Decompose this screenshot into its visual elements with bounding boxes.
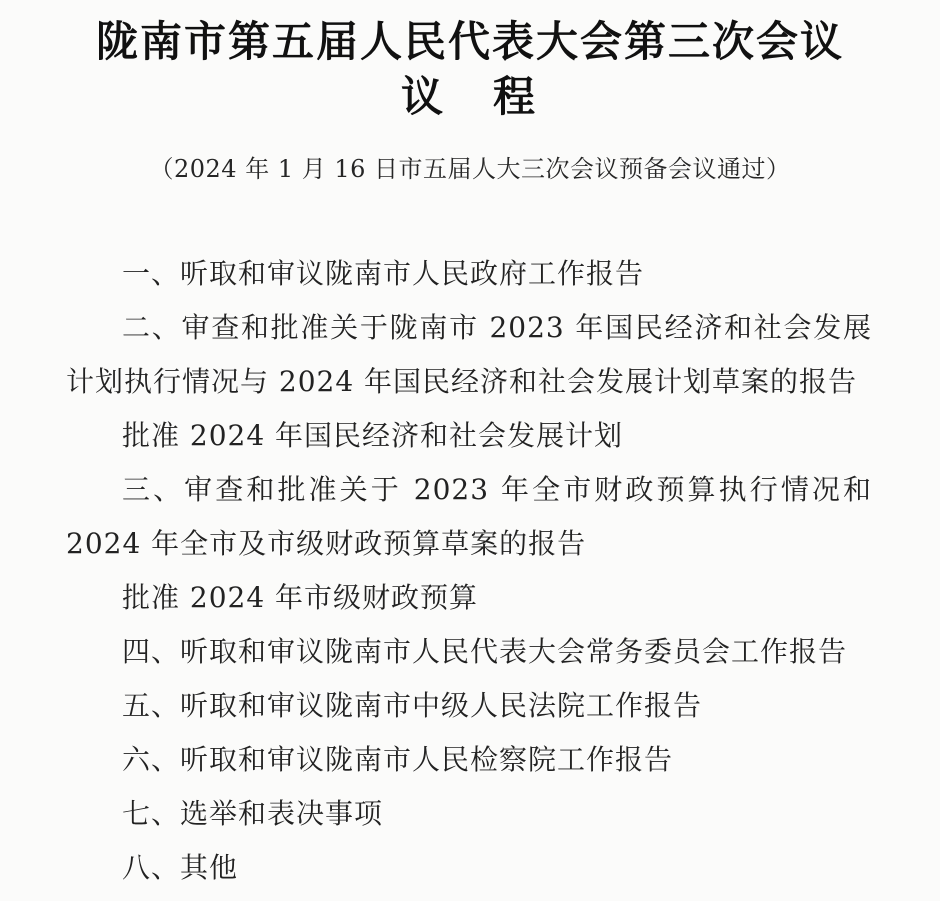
agenda-item-2-resolution: 批准 2024 年国民经济和社会发展计划 xyxy=(66,409,872,463)
agenda-list: 一、听取和审议陇南市人民政府工作报告 二、审查和批准关于陇南市 2023 年国民… xyxy=(66,247,872,895)
agenda-item-6: 六、听取和审议陇南市人民检察院工作报告 xyxy=(66,733,872,787)
document-subtitle: 议 程 xyxy=(0,69,940,124)
agenda-item-5: 五、听取和审议陇南市中级人民法院工作报告 xyxy=(66,679,872,733)
agenda-item-2: 二、审查和批准关于陇南市 2023 年国民经济和社会发展计划执行情况与 2024… xyxy=(66,301,872,409)
agenda-item-8: 八、其他 xyxy=(66,841,872,895)
document-title: 陇南市第五届人民代表大会第三次会议 xyxy=(0,14,940,69)
agenda-item-1: 一、听取和审议陇南市人民政府工作报告 xyxy=(66,247,872,301)
approval-note: （2024 年 1 月 16 日市五届人大三次会议预备会议通过） xyxy=(0,152,940,186)
agenda-item-4: 四、听取和审议陇南市人民代表大会常务委员会工作报告 xyxy=(66,625,872,679)
agenda-item-3-resolution: 批准 2024 年市级财政预算 xyxy=(66,571,872,625)
document-page: 陇南市第五届人民代表大会第三次会议 议 程 （2024 年 1 月 16 日市五… xyxy=(0,0,940,901)
agenda-item-7: 七、选举和表决事项 xyxy=(66,787,872,841)
title-block: 陇南市第五届人民代表大会第三次会议 议 程 xyxy=(0,0,940,124)
agenda-item-3: 三、审查和批准关于 2023 年全市财政预算执行情况和 2024 年全市及市级财… xyxy=(66,463,872,571)
